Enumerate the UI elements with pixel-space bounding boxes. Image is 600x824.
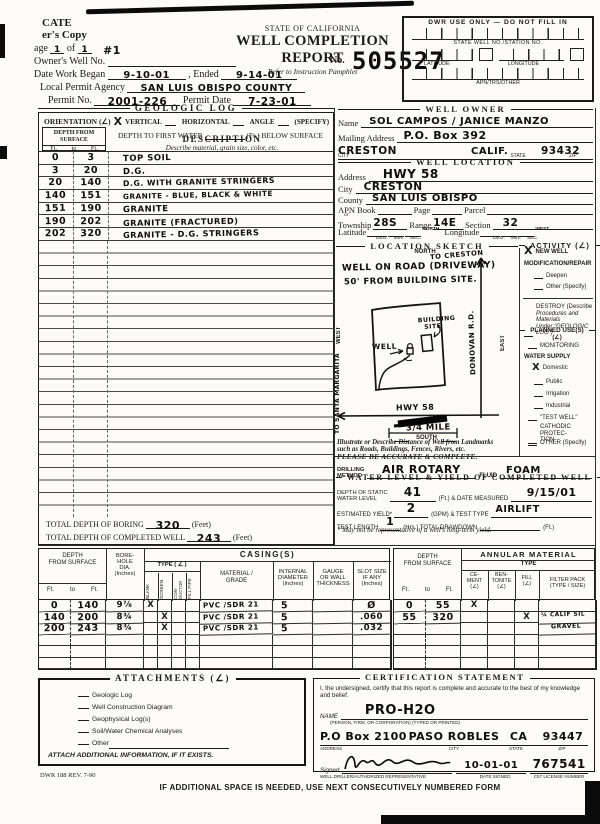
location-address-row: Address HWY 58 [338, 167, 593, 182]
annular-header: ANNULAR MATERIAL TYPE DEPTHFROM SURFACE … [393, 548, 595, 600]
activity-industrial: Industrial [524, 401, 600, 409]
latitude-label: LATITUDE [424, 61, 450, 67]
dwr-use-only-box: DWR USE ONLY — DO NOT FILL IN STATE WELL… [402, 16, 594, 102]
geolog-empty-rows [38, 241, 334, 517]
attachment-item: Well Construction Diagram [78, 701, 304, 713]
scan-artifact-left1 [0, 24, 5, 58]
annular-title: ANNULAR MATERIAL [461, 550, 596, 559]
activity-test-well: "TEST WELL" [524, 413, 598, 421]
location-city-value: CRESTON [364, 181, 423, 193]
sketch-mile-label: 3/4 MILE [406, 423, 451, 434]
attachments-list: Geologic Log Well Construction Diagram G… [78, 689, 304, 749]
certification-title: CERTIFICATION STATEMENT [360, 672, 530, 682]
footer-note: IF ADDITIONAL SPACE IS NEEDED, USE NEXT … [120, 783, 540, 792]
activity-water-supply: WATER SUPPLY [524, 354, 594, 361]
page-number-line: age 1 of 1 [34, 43, 92, 54]
apn-row: APN Book Page Parcel [338, 205, 593, 215]
casing-screen-label: SCREEN [159, 573, 164, 599]
owner-name-row: Name SOL CAMPOS / JANICE MANZO [338, 116, 593, 128]
well-owner-header: WELL OWNER [338, 104, 593, 114]
activity-new-well: X NEW WELL [524, 247, 594, 255]
activity-other: Other (Specify) [524, 282, 600, 290]
activity-monitoring: MONITORING [524, 341, 598, 349]
location-county-row: County SAN LUIS OBISPO [338, 193, 593, 205]
casing-blank-label: BLANK [145, 573, 150, 599]
orientation-row: ORIENTATION (∠) X VERTICAL HORIZONTAL AN… [44, 117, 329, 126]
activity-modification: MODIFICATION/REPAIR [524, 261, 594, 268]
agency-value: SAN LUIS OBISPO COUNTY [141, 83, 293, 94]
annular-fill-header: FILL(∠) [515, 576, 539, 588]
cert-address-value: P.O Box 2100 [320, 730, 407, 743]
casing-title: CASING(S) [144, 550, 391, 559]
cert-zip-value: 93447 [543, 730, 584, 743]
attachment-item: Geophysical Log(s) [78, 713, 304, 725]
domestic-mark: X [532, 364, 540, 371]
page-num-value: 1 [54, 45, 61, 55]
cert-state-value: CA [510, 730, 528, 743]
attachment-item: Other [78, 737, 304, 749]
cert-city-value: PASO ROBLES [409, 730, 500, 743]
copy-label-line1: CATE [42, 17, 87, 29]
casing-gauge-header: GAUGEOR WALLTHICKNESS [313, 569, 353, 587]
casing-type-header: TYPE ( ∠ ) [144, 562, 200, 568]
copy-label: CATE er's Copy [42, 17, 87, 41]
date-began-value: 9-10-01 [123, 70, 170, 81]
casing-fillpipe-label: FILL PIPE [187, 573, 192, 599]
total-completed-value: 243 [197, 532, 221, 545]
annular-bentonite-header: BEN-TONITE(∠) [488, 573, 515, 590]
activity-public: Public [524, 377, 600, 385]
owners-well-no-line: Owner's Well No. [34, 56, 236, 67]
state-well-no-label: STATE WELL NO./STATION NO. [404, 40, 592, 46]
signature [342, 751, 452, 773]
casing-rows: 0 140 9⅞ X PVC /SDR 21 5 Ø 140 200 8¾ X … [38, 600, 392, 670]
certification-body: I, the undersigned, certify that this re… [320, 685, 590, 699]
scan-artifact-bottom [381, 815, 600, 824]
annular-filter-header: FILTER PACK(TYPE / SIZE) [539, 577, 596, 589]
scan-artifact-right [585, 781, 600, 824]
description-header: DESCRIPTION Describe material, grain siz… [110, 134, 334, 152]
well-location-header: WELL LOCATION [338, 157, 593, 167]
casing-ft-labels: Ft.toFt. [39, 587, 106, 593]
latitude-cells [412, 49, 473, 61]
cert-license-value: 767541 [533, 757, 586, 771]
orientation-vertical-mark: X [114, 118, 122, 126]
attachments-title: ATTACHMENTS (∠) [110, 673, 236, 684]
water-level-yield-header: WATER LEVEL & YIELD OF COMPLETED WELL [336, 473, 594, 482]
cert-address-row: P.O Box 2100 PASO ROBLES CA 93447 [320, 727, 588, 746]
activity-irrigation: Irrigation [524, 389, 600, 397]
sketch-building-label: BUILDING SITE [418, 316, 457, 332]
casing-internal-header: INTERNALDIAMETER(Inches) [273, 569, 313, 587]
geolog-col-divider1 [73, 241, 74, 517]
cert-name-sub: (PERSON, FIRM, OR CORPORATION) (TYPED OR… [330, 720, 594, 725]
total-completed-line: TOTAL DEPTH OF COMPLETED WELL 243 (Feet) [46, 532, 252, 542]
total-boring-value: 320 [156, 519, 180, 532]
casing-bore-header: BORE-HOLE DIA.(Inches) [106, 553, 144, 577]
owner-name-value: SOL CAMPOS / JANICE MANZO [369, 116, 549, 127]
casing-header: CASING(S) DEPTHFROM SURFACE Ft.toFt. BOR… [38, 548, 390, 600]
attachment-item: Soil/Water Chemical Analyses [78, 725, 304, 737]
geolog-col-divider2 [107, 241, 108, 517]
cert-name-value: PRO-H2O [365, 703, 436, 718]
activity-divider1 [523, 298, 593, 299]
main-bottom-line [38, 545, 595, 546]
geolog-row: 202 320 GRANITE - D.G. STRINGERS [38, 228, 334, 241]
scan-artifact-top [86, 1, 414, 15]
cert-signed-labels: WELL DRILLER/AUTHORIZED REPRESENTATIVE D… [320, 774, 588, 779]
copy-label-line2: er's Copy [42, 29, 87, 41]
page-total-value: 1 [81, 45, 88, 55]
annular-ft-labels: Ft.toFt. [394, 587, 461, 593]
longitude-label: LONGITUDE [508, 61, 539, 67]
latitude-extra-cell [479, 48, 493, 61]
attachments-box: ATTACHMENTS (∠) Geologic Log Well Constr… [38, 678, 306, 766]
casing-depth-header: DEPTHFROM SURFACE [39, 553, 106, 566]
depth-from-surface-header: DEPTH FROM SURFACE Ft.toFt. [42, 127, 106, 151]
casing-material-header: MATERIAL /GRADE [200, 571, 273, 584]
well-completion-report-scan: CATE er's Copy age 1 of 1 #1 Owner's Wel… [0, 0, 600, 824]
apn-cells [412, 68, 584, 80]
cert-signed-row: Signed 10-01-01 767541 [320, 755, 588, 774]
sketch-east-label: EAST [500, 325, 506, 351]
casing-cell: 0 [39, 600, 71, 612]
permit-agency-line: Local Permit Agency SAN LUIS OBISPO COUN… [40, 82, 305, 93]
annular-rows: 0 55 X 55 320 X ¼ CALIF SIL GRAVEL [393, 600, 597, 670]
apn-label: APN/TRS/OTHER [404, 80, 592, 86]
activity-deepen: Deepen [524, 271, 600, 279]
state-well-no-cells [412, 28, 584, 40]
certification-box: CERTIFICATION STATEMENT I, the undersign… [313, 678, 595, 772]
cert-name-row: NAME PRO-H2O [320, 701, 588, 720]
casing-conductor-label: CON- DUCTOR [173, 573, 183, 599]
activity-other2: OTHER (Specify) [524, 438, 598, 446]
sketch-well-label: WELL [372, 342, 397, 352]
dwr-box-title: DWR USE ONLY — DO NOT FILL IN [404, 19, 592, 26]
planned-uses-header: PLANNED USE(S) [519, 327, 595, 334]
yield-top-divider [334, 456, 595, 457]
scan-artifact-left2 [0, 146, 7, 159]
annular-type-label: TYPE [461, 561, 596, 567]
activity-domestic: X Domestic [524, 364, 600, 371]
cert-date-value: 10-01-01 [464, 760, 518, 771]
longitude-extra-cell [570, 48, 584, 61]
date-measured-value: 9/15/01 [527, 486, 577, 499]
sketch-margarita-label: TO SANTA MARGARITA [334, 348, 341, 434]
form-number: DWR 188 REV. 7-90 [40, 772, 96, 779]
attachments-note: ATTACH ADDITIONAL INFORMATION, IF IT EXI… [48, 752, 304, 759]
location-county-value: SAN LUIS OBISPO [372, 193, 478, 204]
planned-uses-mark: (∠) [519, 334, 595, 341]
new-well-mark: X [524, 247, 532, 255]
location-address-value: HWY 58 [383, 167, 439, 181]
static-level-value: 41 [404, 485, 422, 499]
annular-depth-header: DEPTHFROM SURFACE [394, 554, 461, 567]
state-of-california: STATE OF CALIFORNIA [225, 24, 400, 33]
sketch-west-label: WEST [336, 318, 342, 344]
attachment-item: Geologic Log [78, 689, 304, 701]
total-boring-line: TOTAL DEPTH OF BORING 320 (Feet) [46, 519, 211, 529]
sketch-hwy-label: HWY 58 [396, 403, 434, 413]
casing-slot-header: SLOT SIZEIF ANY(Inches) [353, 569, 391, 587]
yield-footnote: * May not be representative of a well's … [337, 526, 492, 534]
annular-cement-header: CE-MENT(∠) [461, 573, 488, 590]
longitude-cells [499, 49, 564, 61]
report-no-label: No. [330, 55, 345, 66]
sketch-instructions: Illustrate or Describe Distance of Well … [337, 440, 493, 461]
